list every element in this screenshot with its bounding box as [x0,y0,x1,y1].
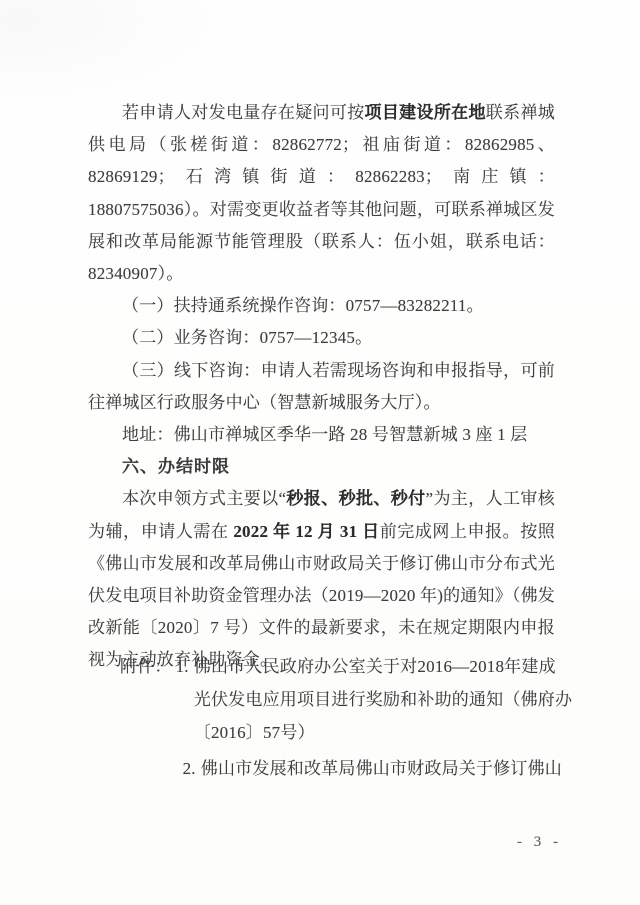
bold-project-location: 项目建设所在地 [365,103,486,122]
paragraph-text: 前完成网上申报。按照《佛山市发展和改革局佛山市财政局关于修订佛山市分布式光伏发电… [88,522,555,670]
attachment-item-text: 佛山市人民政府办公室关于对2016—2018年建成 光伏发电应用项目进行奖励和补… [194,650,572,749]
attachment-item-1: 1. 佛山市人民政府办公室关于对2016—2018年建成 光伏发电应用项目进行奖… [176,650,573,749]
paragraph-text: 若申请人对发电量存在疑问可按 [122,103,365,122]
attachments-items: 1. 佛山市人民政府办公室关于对2016—2018年建成 光伏发电应用项目进行奖… [176,650,573,785]
section-heading-deadline: 六、办结时限 [88,451,555,483]
attachment-item-number: 2. [183,752,196,785]
attachment-line: 〔2016〕57号） [194,716,572,749]
list-item-offline-consult: （三）线下咨询：申请人若需现场咨询和申报指导，可前往禅城区行政服务中心（智慧新城… [88,355,555,419]
address-line: 地址：佛山市禅城区季华一路 28 号智慧新城 3 座 1 层 [88,419,555,451]
attachment-item-number: 1. [176,650,189,683]
list-item-business-consult: （二）业务咨询：0757—12345。 [88,322,555,354]
attachment-line: 佛山市人民政府办公室关于对2016—2018年建成 [194,650,572,683]
attachment-line: 光伏发电应用项目进行奖励和补助的通知（佛府办 [194,683,572,716]
paragraph-power-query: 若申请人对发电量存在疑问可按项目建设所在地联系禅城供电局（张槎街道：828627… [88,97,555,290]
list-item-system-consult: （一）扶持通系统操作咨询：0757—83282211。 [88,290,555,322]
attachments-block: 附件： 1. 佛山市人民政府办公室关于对2016—2018年建成 光伏发电应用项… [120,650,572,785]
page-number: - 3 - [517,834,562,851]
attachment-item-text: 佛山市发展和改革局佛山市财政局关于修订佛山 [201,752,562,785]
attachments-label: 附件： [120,650,172,683]
bold-instant-process-phrase: 秒报、秒批、秒付 [286,489,425,508]
bold-deadline-date: 2022 年 12 月 31 日 [233,522,379,541]
attachment-item-2: 2. 佛山市发展和改革局佛山市财政局关于修订佛山 [183,752,573,785]
document-page: 若申请人对发电量存在疑问可按项目建设所在地联系禅城供电局（张槎街道：828627… [0,0,640,905]
attachment-line: 佛山市发展和改革局佛山市财政局关于修订佛山 [201,752,562,785]
paragraph-text: 联系禅城供电局（张槎街道：82862772；祖庙街道：82862985、8286… [88,103,555,283]
paragraph-deadline: 本次申领方式主要以“秒报、秒批、秒付”为主，人工审核为辅，申请人需在 2022 … [88,483,555,676]
document-body: 若申请人对发电量存在疑问可按项目建设所在地联系禅城供电局（张槎街道：828627… [88,97,555,677]
paragraph-text: 本次申领方式主要以“ [122,489,286,508]
